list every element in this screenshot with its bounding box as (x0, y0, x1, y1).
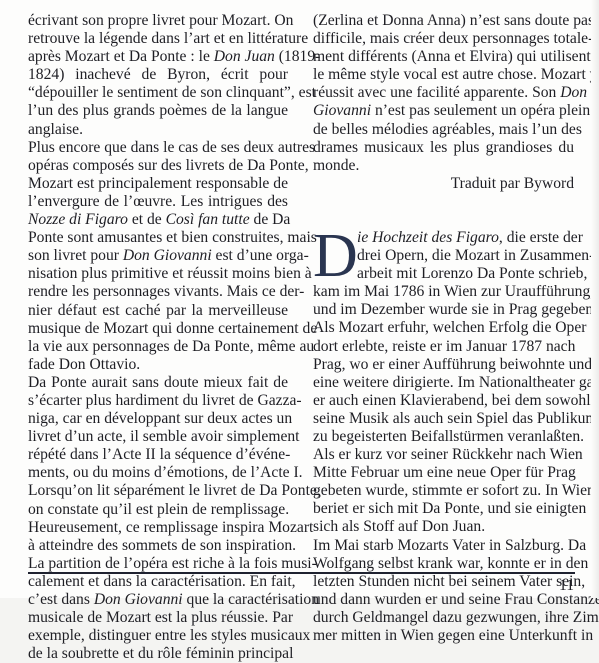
text-line: gebeten wurde, stimmte er sofort zu. In … (313, 482, 574, 500)
text-line: rendre les personnages vivants. Mais ce … (28, 283, 288, 301)
right-column: (Zerlina et Donna Anna) n’est sans doute… (313, 12, 574, 598)
text-line: Lorsqu’on lit séparément le livret de Da… (28, 482, 288, 500)
text-line: ments, ou du moins d’émotions, de l’Acte… (28, 464, 288, 482)
text-line: à atteindre des sommets de son inspirati… (28, 537, 288, 555)
drop-cap-letter: D (313, 230, 355, 284)
text-line: Da Ponte aurait sans doute mieux fait de (28, 374, 288, 392)
text-line: opéras composés sur des livrets de Da Po… (28, 157, 288, 175)
text-line: arbeit mit Lorenzo Da Ponte schrieb, (357, 265, 574, 283)
text-line: Prag, wo er einer Aufführung beiwohnte u… (313, 356, 574, 374)
text-line: drames musicaux les plus grandioses du (313, 139, 574, 157)
text-line: er auch einen Klavierabend, bei dem sowo… (313, 392, 574, 410)
text-line: Mitte Februar um eine neue Oper für Prag (313, 464, 574, 482)
text-line: réussit avec une facilité apparente. Son… (313, 84, 574, 102)
text-line: son livret pour Don Giovanni est d’une o… (28, 247, 288, 265)
text-line: sich als Stoff auf Don Juan. (313, 518, 574, 536)
text-line: fade Don Ottavio. (28, 356, 288, 374)
text-line: anglaise. (28, 121, 288, 139)
text-line: Giovanni n’est pas seulement un opéra pl… (313, 102, 574, 120)
text-line: calement et dans la caractérisation. En … (28, 573, 288, 591)
text-line: Als er kurz vor seiner Rückkehr nach Wie… (313, 446, 574, 464)
text-line: nisation plus primitive et réussit moins… (28, 265, 288, 283)
text-line: on constate qu’il est plein de remplissa… (28, 501, 288, 519)
text-line: c’est dans Don Giovanni que la caractéri… (28, 591, 288, 598)
text-line: livret d’un acte, il semble avoir simple… (28, 428, 288, 446)
text-line: Im Mai starb Mozarts Vater in Salzburg. … (313, 537, 574, 555)
german-text-body: kam im Mai 1786 in Wien zur Uraufführung… (313, 283, 574, 598)
text-line: beriet er sich mit Da Ponte, und sie ein… (313, 500, 574, 518)
footer-rule (28, 572, 575, 574)
french-text-column-left: écrivant son propre livret pour Mozart. … (28, 12, 288, 598)
french-text-continuation: (Zerlina et Donna Anna) n’est sans doute… (313, 12, 574, 175)
text-line: écrivant son propre livret pour Mozart. … (28, 12, 288, 30)
text-line: nier défaut est caché par la merveilleus… (28, 302, 288, 320)
text-line: s’écarter plus hardiment du livret de Ga… (28, 392, 288, 410)
text-line: musique de Mozart qui donne certainement… (28, 320, 288, 338)
text-line: la vie aux personnages de Da Ponte, même… (28, 338, 288, 356)
text-line: après Mozart et Da Ponte : le Don Juan (… (28, 48, 288, 66)
text-line: de belles mélodies agréables, mais l’un … (313, 121, 574, 139)
text-line: Mozart est principalement responsable de (28, 175, 288, 193)
text-line: La partition de l’opéra est riche à la f… (28, 555, 288, 573)
text-line: ment différents (Anna et Elvira) qui uti… (313, 48, 574, 66)
text-line: und im Dezember wurde sie in Prag gegebe… (313, 301, 574, 319)
text-line: retrouve la légende dans l’art et en lit… (28, 30, 288, 48)
text-line: l’un des plus grands poèmes de la langue (28, 102, 288, 120)
text-line: seine Musik als auch sein Spiel das Publ… (313, 410, 574, 428)
text-line: eine weitere dirigierte. Im Nationalthea… (313, 374, 574, 392)
text-line: difficile, mais créer deux personnages t… (313, 30, 574, 48)
text-line: 1824) inachevé de Byron, écrit pour (28, 66, 288, 84)
text-line: Nozze di Figaro et de Così fan tutte de … (28, 211, 288, 229)
text-line: drei Opern, die Mozart in Zusammen- (357, 247, 574, 265)
text-line: “dépouiller le sentiment de son clinquan… (28, 84, 288, 102)
text-line: Als Mozart erfuhr, welchen Erfolg die Op… (313, 319, 574, 337)
translator-credit: Traduit par Byword (313, 175, 574, 193)
text-line: monde. (313, 157, 574, 175)
text-line: Ponte sont amusantes et bien construites… (28, 229, 288, 247)
text-line: l’envergure de l’œuvre. Les intrigues de… (28, 193, 288, 211)
text-line: répété dans l’Acte II la séquence d’évén… (28, 446, 288, 464)
text-line: ie Hochzeit des Figaro, die erste der (357, 229, 574, 247)
text-line: niga, car en développant sur deux actes … (28, 410, 288, 428)
german-text-section: D ie Hochzeit des Figaro, die erste derd… (313, 229, 574, 598)
text-line: Heureusement, ce remplissage inspira Moz… (28, 519, 288, 537)
text-line: dort erlebte, reiste er im Januar 1787 n… (313, 338, 574, 356)
text-line: letzten Stunden nicht bei seinem Vater s… (313, 573, 574, 591)
text-line: Plus encore que dans le cas de ses deux … (28, 139, 288, 157)
booklet-page: écrivant son propre livret pour Mozart. … (0, 0, 599, 598)
text-line: zu begeisterten Beifallstürmen veranlaßt… (313, 428, 574, 446)
text-line: (Zerlina et Donna Anna) n’est sans doute… (313, 12, 574, 30)
text-line: und dann wurden er und seine Frau Consta… (313, 591, 574, 598)
text-line: le même style vocal est autre chose. Moz… (313, 66, 574, 84)
page-number: 11 (559, 577, 574, 595)
text-line: Wolfgang selbst krank war, konnte er in … (313, 555, 574, 573)
